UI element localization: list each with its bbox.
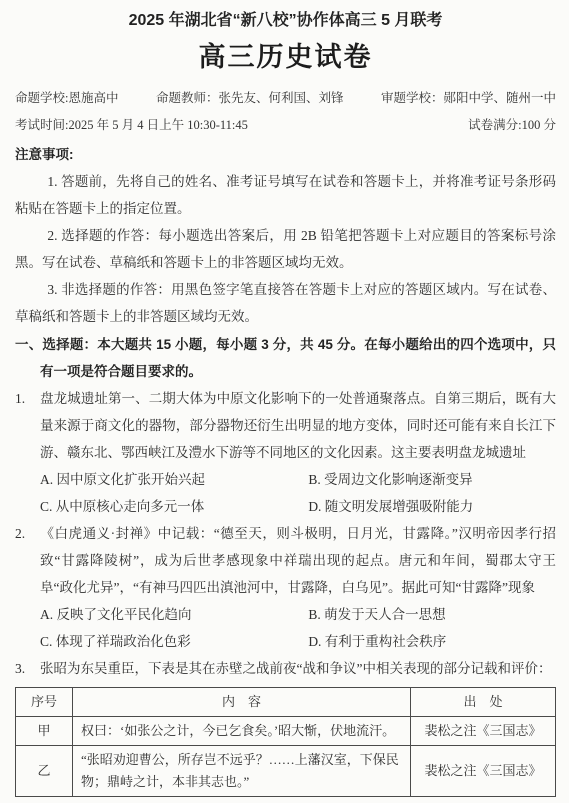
question-1-option-a: A. 因中原文化扩张开始兴起 [40,466,308,493]
table-header-source: 出 处 [411,688,556,717]
proposer-teachers: 命题教师：张先友、何利国、刘锋 [156,85,344,112]
table-row-2-source: 裴松之注《三国志》 [411,746,556,797]
question-2-option-c: C. 体现了祥瑞政治化色彩 [40,628,308,655]
exam-paper-page: 2025 年湖北省“新八校”协作体高三 5 月联考 高三历史试卷 命题学校:恩施… [0,0,569,803]
question-2-option-b: B. 萌发于天人合一思想 [308,601,556,628]
question-2-option-a: A. 反映了文化平民化趋向 [40,601,308,628]
table-header-content: 内 容 [73,688,411,717]
table-row-2-content: “张昭劝迎曹公，所存岂不远乎？……上藩汉室，下保民物；鼎峙之计，本非其志也。” [73,746,411,797]
question-2-option-d: D. 有利于重构社会秩序 [308,628,556,655]
notice-heading: 注意事项: [15,141,556,168]
table-row-1-label: 甲 [16,717,73,746]
question-2: 2.《白虎通义·封禅》中记载：“德至天，则斗极明，日月光，甘露降。”汉明帝因孝行… [15,520,556,601]
question-2-text: 《白虎通义·封禅》中记载：“德至天，则斗极明，日月光，甘露降。”汉明帝因孝行招致… [40,526,556,595]
question-1: 1.盘龙城遗址第一、二期大体为中原文化影响下的一处普通聚落点。自第三期后，既有大… [15,385,556,466]
question-2-options: A. 反映了文化平民化趋向 B. 萌发于天人合一思想 C. 体现了祥瑞政治化色彩… [15,601,556,655]
question-1-options: A. 因中原文化扩张开始兴起 B. 受周边文化影响逐渐变异 C. 从中原核心走向… [15,466,556,520]
notice-item-3: 3. 非选择题的作答：用黑色签字笔直接答在答题卡上对应的答题区域内。写在试卷、草… [15,276,556,330]
question-1-option-d: D. 随文明发展增强吸附能力 [308,493,556,520]
question-1-option-b: B. 受周边文化影响逐渐变异 [308,466,556,493]
section-heading-choice: 一、选择题：本大题共 15 小题，每小题 3 分，共 45 分。在每小题给出的四… [15,331,556,385]
table-row: 乙 “张昭劝迎曹公，所存岂不远乎？……上藩汉室，下保民物；鼎峙之计，本非其志也。… [16,746,556,797]
table-row-2-label: 乙 [16,746,73,797]
reviewer-school: 审题学校：郧阳中学、随州一中 [381,85,556,112]
question-1-number: 1. [15,385,40,412]
full-score: 试卷满分:100 分 [468,112,556,139]
question-3-table: 序号 内 容 出 处 甲 权曰：‘如张公之计，今已乞食矣。’昭大惭，伏地流汗。 … [15,687,556,797]
exam-name-heading: 2025 年湖北省“新八校”协作体高三 5 月联考 [15,10,556,32]
page-title: 高三历史试卷 [15,39,556,75]
question-1-text: 盘龙城遗址第一、二期大体为中原文化影响下的一处普通聚落点。自第三期后，既有大量来… [40,391,556,460]
question-3: 3.张昭为东吴重臣，下表是其在赤壁之战前夜“战和争议”中相关表现的部分记载和评价… [15,655,556,682]
question-3-text: 张昭为东吴重臣，下表是其在赤壁之战前夜“战和争议”中相关表现的部分记载和评价： [40,661,551,676]
exam-info-row-schools: 命题学校:恩施高中 命题教师：张先友、何利国、刘锋 审题学校：郧阳中学、随州一中 [15,85,556,112]
question-1-option-c: C. 从中原核心走向多元一体 [40,493,308,520]
table-row: 甲 权曰：‘如张公之计，今已乞食矣。’昭大惭，伏地流汗。 裴松之注《三国志》 [16,717,556,746]
table-row-1-source: 裴松之注《三国志》 [411,717,556,746]
table-header-row: 序号 内 容 出 处 [16,688,556,717]
notice-item-1: 1. 答题前，先将自己的姓名、准考证号填写在试卷和答题卡上，并将准考证号条形码粘… [15,168,556,222]
proposer-school: 命题学校:恩施高中 [15,85,118,112]
exam-info-row-time: 考试时间:2025 年 5 月 4 日上午 10:30-11:45 试卷满分:1… [15,112,556,139]
notice-item-2: 2. 选择题的作答：每小题选出答案后，用 2B 铅笔把答题卡上对应题目的答案标号… [15,222,556,276]
question-3-number: 3. [15,655,40,682]
question-2-number: 2. [15,520,40,547]
exam-time: 考试时间:2025 年 5 月 4 日上午 10:30-11:45 [15,112,248,139]
table-header-no: 序号 [16,688,73,717]
table-row-1-content: 权曰：‘如张公之计，今已乞食矣。’昭大惭，伏地流汗。 [73,717,411,746]
